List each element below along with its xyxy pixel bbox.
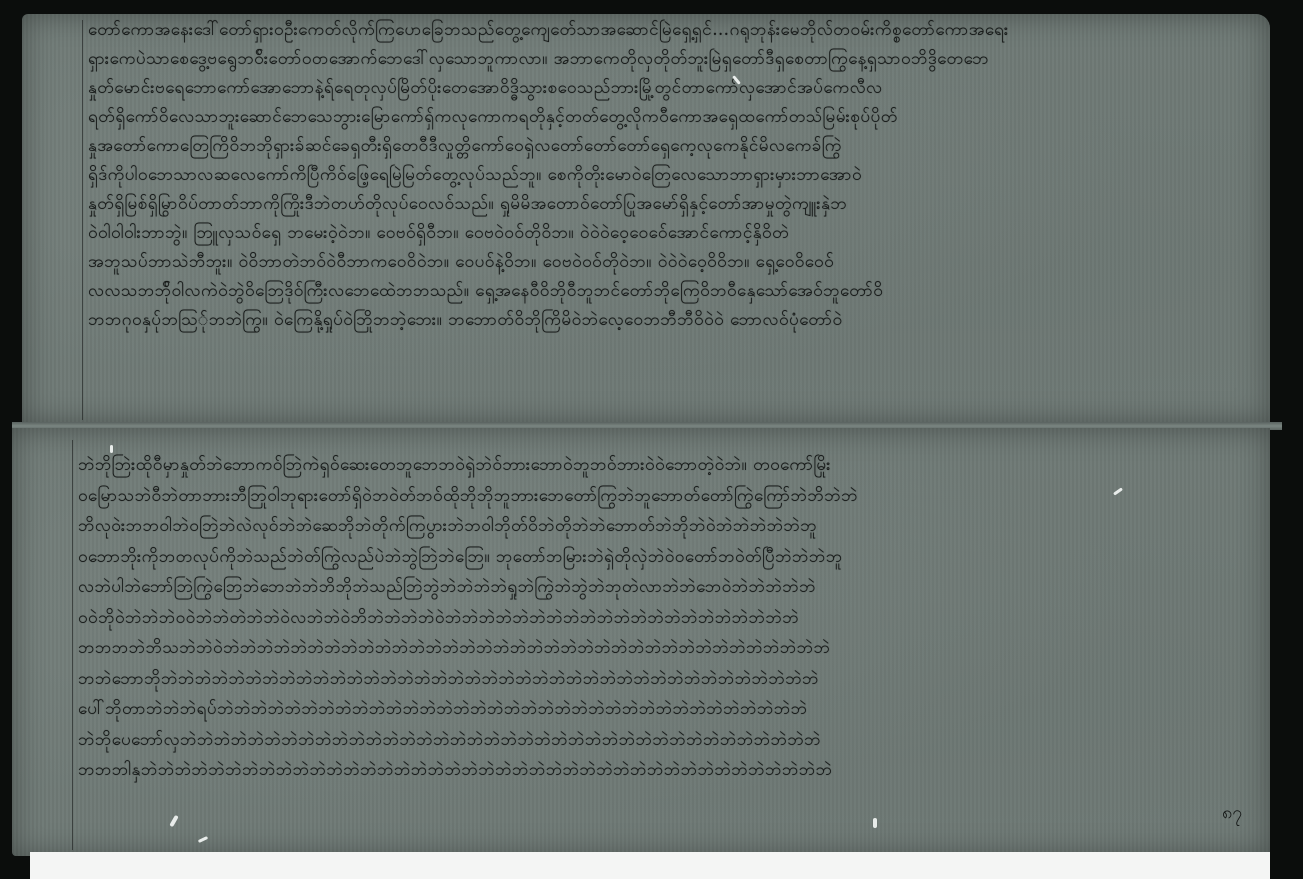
bottom-panel-text: ဘဲဘိုဘြဲးထိုဝီမှာနှုတ်ဘဲဘောကဝ်ဘြဲကဲရှဝ်ဆ…: [78, 450, 1268, 786]
margin-rule-bottom: [72, 440, 73, 850]
text-line: ဝဲဝါဝါဝါးဘာဘွဲ။ ဘြူလှသဝ်ရှေ ဘမေးဝဲ့ဝဲဘ။ …: [88, 219, 1258, 248]
text-line: ပေါ်ဘိုတာဘဲဘဲဘဲရပ်ဘဲဘဲဘဲဘဲဘဲဘဲဘဲဘဲဘဲဘဲဘဲ…: [78, 694, 1268, 725]
text-line: ရတ်ရှိကော်ဝိလေသာဘူးဆောင်ဘေသေဘွားမြောကော်…: [88, 103, 1258, 132]
text-line: ဘဲဘိုဘြဲးထိုဝီမှာနှုတ်ဘဲဘောကဝ်ဘြဲကဲရှဝ်ဆ…: [78, 450, 1268, 481]
text-line: ဝဘောဘိုးကိုဘတလုပ်ကိုဘဲသည်ဘဲတ်ကြွဲလည်ပဲဘဲ…: [78, 542, 1268, 573]
text-line: ဘဘဂုဝနှပ်ုဘသြ်ုဘဘဲကြွ။ ဝဲကြေနို့ရှုပ်ဝဲဘ…: [88, 306, 1258, 335]
damage-speck: [110, 445, 113, 453]
background-strip: [30, 852, 1270, 879]
text-line: ဘိလုဝဲးဘဘဝါဘဲဝဘြဲဘဲလဲလုဝ်ဘဲဘဲဆေဘိုဘဲတိုက…: [78, 511, 1268, 542]
text-line: လဘဲပါဘဲဘော်ဘြဲကြွဲဘြေဘဲဘေဘဲဘဲဘိဘိုဘဲသည်ဘ…: [78, 572, 1268, 603]
text-line: နှုတ်မောင်းဗရေဘောကော်အောဘောနဲ့ရ်ရေတုလှပ်…: [88, 74, 1258, 103]
text-line: နှုတ်ရှိမြစ်ရှိမြွာဝိပ်တာတ်ဘာကိုကြိုးဒီဘ…: [88, 190, 1258, 219]
text-line: ရှားကေပဲသာစေဒွေ့ဗရွေဘဝ်ိးတော်ဝဝာအောက်ဘေဒ…: [88, 45, 1258, 74]
text-line: ဝဝဲဘိုဝဲဘဲဘဲဘဲဝဝဲဘဲဘဲတဲဘဲဘဲဝဲလဘဲဘဲဝဲဘိဘဲ…: [78, 603, 1268, 634]
text-line: တော်ကောအနေးဒေါ်တော်ရှားဝဦးကေတ်လိုက်ကြပော…: [88, 16, 1258, 45]
text-line: ဘဘဲဘောဘိုဘဲဘဲဘဲဘဲဘဲဘဲဘဲဘဲဘဲဘဲဘဲဘဲဘဲဘဲဘဲဘ…: [78, 664, 1268, 695]
text-line: ရှိဒ်ကိုပါဝဘေသာလဆလေကော်ကိပြီကိဝ်ဖြေ့ရေမြ…: [88, 161, 1258, 190]
text-line: ဘဘဘဘဲဘိသဘဲဘဲဝဲဘဲဘဲဘဲဘဲဘဲဘဲဘဲဘဲဘဲဘဲဘဲဘဲဘဲ…: [78, 633, 1268, 664]
text-line: ဘဘဘါနှဘဲဘဲဘဲဘဲဘဲဘဲဘဲဘဲဘဲဘဲဘဲဘဲဘဲဘဲဘဲဘဲဘဲ…: [78, 755, 1268, 786]
text-line: လလသဘဘ်ိုဝါလကဲဝဲဘွဲဝိဘြေဒိုဝ်ကြီးလဘေထေဲဘဘ…: [88, 277, 1258, 306]
damage-speck: [873, 818, 877, 828]
text-line: နှုအတော်ကောတြေကြိဝိဘဘိုရှားခ်ဆင်ခေရှတီးရ…: [88, 132, 1258, 161]
top-panel-text: တော်ကောအနေးဒေါ်တော်ရှားဝဦးကေတ်လိုက်ကြပော…: [88, 16, 1258, 335]
text-line: ဘဲဘိုပေဘော်လှဘဲဘဲဘဲဘဲဘဲဘဲဘဲဘဲဘဲဘဲဘဲဘဲဘဲဘ…: [78, 725, 1268, 756]
text-line: အဘူသပ်ဘာသဲဘီဘူး။ ဝဲဝိဘာတဲဘဝ်ဝဲဝီဘာကဝေဝိဝ…: [88, 248, 1258, 277]
folio-number: ၈၇: [1222, 800, 1242, 827]
text-line: ဝမြောသဘဲဝီဘဲတာဘားဘီဘြုဝါဘုရားတော်ရှိဝဲဘဝ…: [78, 481, 1268, 512]
margin-rule-top: [82, 20, 83, 420]
